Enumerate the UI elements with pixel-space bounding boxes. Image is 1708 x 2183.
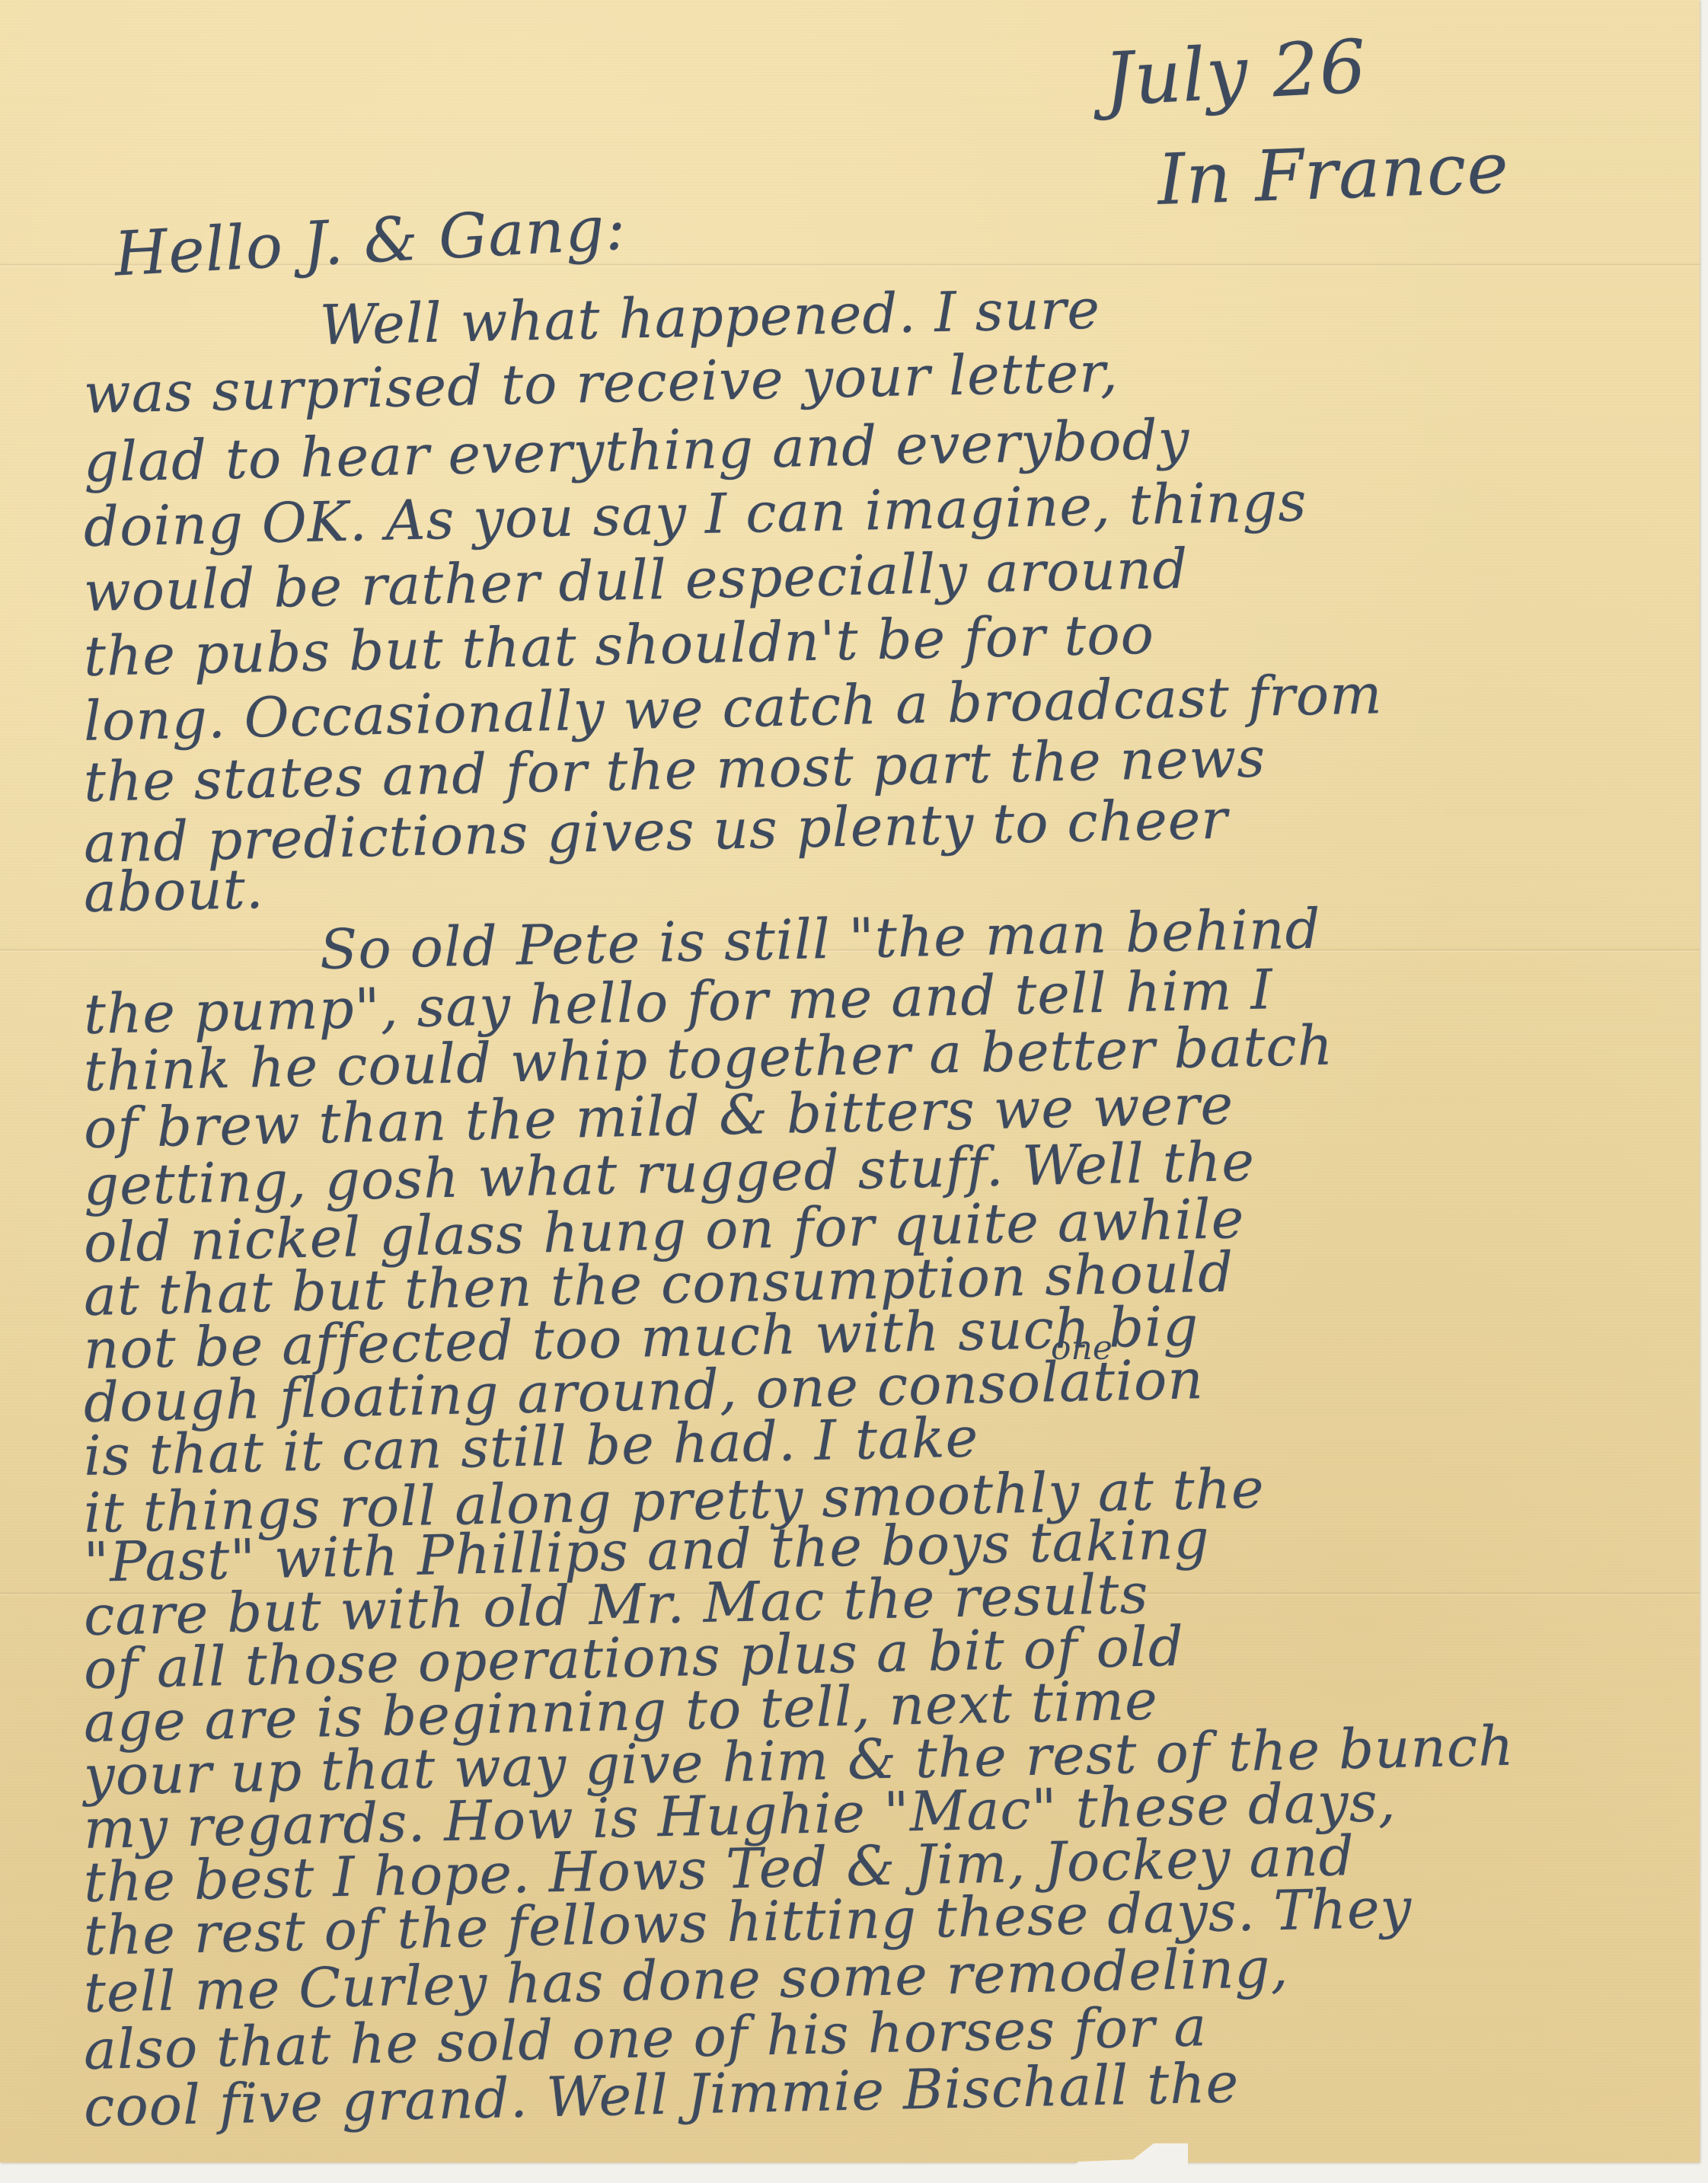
letter-date: July 26 — [1102, 24, 1368, 123]
letter-greeting: Hello J. & Gang: — [113, 192, 627, 289]
letter-place: In France — [1156, 127, 1510, 221]
letter-page: July 26 In France Hello J. & Gang: Well … — [0, 0, 1700, 2162]
letter-line: about. — [83, 857, 264, 924]
